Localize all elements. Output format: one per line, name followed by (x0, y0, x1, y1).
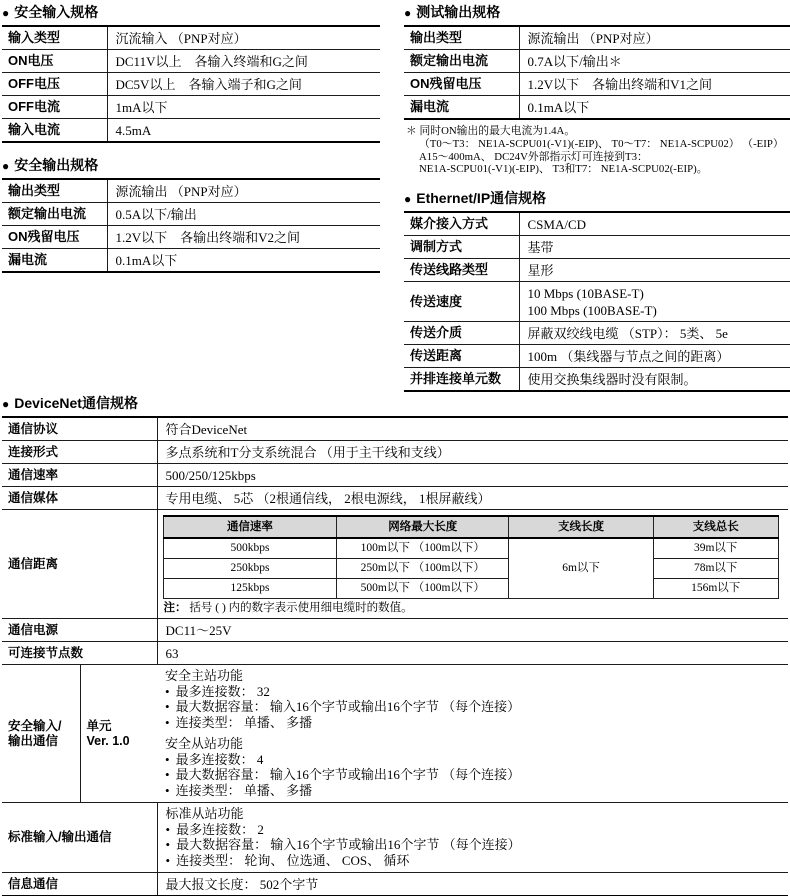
safety-input-table: 输入类型沉流输入 （PNP对应）ON电压DC11V以上 各输入终端和G之间OFF… (2, 25, 380, 143)
feature-bullet-text: 最多连接数： 32 (176, 684, 270, 700)
left-column: ● 安全输入规格 输入类型沉流输入 （PNP对应）ON电压DC11V以上 各输入… (2, 3, 380, 392)
safety-output-table: 输出类型源流输出 （PNP对应）额定输出电流0.5A以下/输出ON残留电压1.2… (2, 178, 380, 273)
spec-value: 4.5mA (107, 119, 380, 143)
footnote-line: A15～400mA、 DC24V外部指示灯可连接到T3： (419, 151, 790, 164)
feature-bullet-text: 连接类型： 单播、 多播 (176, 783, 313, 799)
devicenet-value: 63 (157, 642, 788, 665)
spec-value: 0.7A以下/输出＊ (519, 50, 790, 73)
devicenet-label: 连接形式 (2, 441, 157, 464)
spec-value: CSMA/CD (519, 212, 790, 236)
note-text: 括号 ( ) 内的数字表示使用细电缆时的数值。 (187, 602, 413, 614)
spec-value: DC11V以上 各输入终端和G之间 (107, 50, 380, 73)
distance-row: 500kbps100m以下 （100m以下）6m以下39m以下 (163, 538, 778, 559)
spec-row: 漏电流0.1mA以下 (2, 249, 380, 273)
distance-note: 注： 括号 ( ) 内的数字表示使用细电缆时的数值。 (164, 602, 783, 615)
spec-value-line: 4.5mA (116, 122, 373, 139)
spec-label: 传送介质 (404, 322, 519, 345)
spec-value: 10 Mbps (10BASE-T)100 Mbps (100BASE-T) (519, 282, 790, 322)
spec-label: ON残留电压 (404, 73, 519, 96)
bullet-icon: ● (2, 398, 9, 410)
spec-value-line: 1mA以下 (116, 99, 373, 116)
devicenet-value: 多点系统和T分支系统混合 （用于主干线和支线） (157, 441, 788, 464)
feature-bullet-text: 最多连接数： 2 (176, 822, 264, 838)
feature-bullet-text: 最多连接数： 4 (176, 752, 264, 768)
distance-header-cell: 网络最大长度 (337, 516, 509, 538)
spec-label: 并排连接单元数 (404, 368, 519, 392)
spec-value-line: 沉流输入 （PNP对应） (116, 30, 373, 47)
spec-row: 额定输出电流0.7A以下/输出＊ (404, 50, 790, 73)
spec-row: 传送介质屏蔽双绞线电缆 （STP）： 5类、 5e (404, 322, 790, 345)
spec-label: 输出类型 (404, 26, 519, 50)
spec-label: OFF电流 (2, 96, 107, 119)
spec-label: 传送线路类型 (404, 259, 519, 282)
devicenet-row: 连接形式多点系统和T分支系统混合 （用于主干线和支线） (2, 441, 788, 464)
feature-bullet: •最大数据容量： 输入16个字节或输出16个字节 （每个连接） (165, 699, 780, 715)
spec-value-line: 1.2V以下 各输出终端和V1之间 (528, 76, 783, 93)
spec-value: 0.1mA以下 (107, 249, 380, 273)
devicenet-row: 通信距离通信速率网络最大长度支线长度支线总长500kbps100m以下 （100… (2, 510, 788, 619)
devicenet-label: 通信速率 (2, 464, 157, 487)
spec-row: 输入类型沉流输入 （PNP对应） (2, 26, 380, 50)
spec-label: 额定输出电流 (2, 203, 107, 226)
spec-row: ON残留电压1.2V以下 各输出终端和V2之间 (2, 226, 380, 249)
feature-title: 安全从站功能 (165, 736, 780, 752)
bullet-icon: ● (404, 193, 411, 205)
devicenet-label: 安全输入/输出通信 (2, 665, 80, 803)
spec-value: 0.1mA以下 (519, 96, 790, 120)
spec-value-line: 0.1mA以下 (116, 252, 373, 269)
spec-value-line: 0.7A以下/输出＊ (528, 53, 783, 70)
devicenet-value: DC11～25V (157, 619, 788, 642)
bullet-icon: ● (2, 160, 9, 172)
spec-row: 并排连接单元数使用交换集线器时没有限制。 (404, 368, 790, 392)
spec-label: 传送距离 (404, 345, 519, 368)
feature-bullet: •连接类型： 单播、 多播 (165, 783, 780, 799)
feature-bullet: •最多连接数： 2 (166, 822, 780, 838)
spec-value-line: 屏蔽双绞线电缆 （STP）： 5类、 5e (528, 325, 783, 342)
footnote-line: （T0～T3： NE1A-SCPU01(-V1)(-EIP)、 T0～T7： N… (419, 138, 790, 151)
test-output-heading: ● 测试输出规格 (404, 5, 790, 20)
bullet-icon: ● (2, 7, 9, 19)
section-title: 测试输出规格 (416, 5, 500, 20)
spec-value: 沉流输入 （PNP对应） (107, 26, 380, 50)
devicenet-table: 通信协议符合DeviceNet连接形式多点系统和T分支系统混合 （用于主干线和支… (2, 416, 788, 896)
devicenet-label: 信息通信 (2, 873, 157, 896)
bullet-item-icon: • (165, 699, 170, 715)
spec-value-line: 0.5A以下/输出 (116, 206, 373, 223)
spec-label: 媒介接入方式 (404, 212, 519, 236)
spec-value: 基带 (519, 236, 790, 259)
spec-value-line: 0.1mA以下 (528, 99, 783, 116)
feature-bullet-text: 最大数据容量： 输入16个字节或输出16个字节 （每个连接） (176, 767, 521, 783)
footnote-line: ＊ 同时ON输出的最大电流为1.4A。 (406, 125, 790, 138)
feature-bullet: •连接类型： 单播、 多播 (165, 715, 780, 731)
devicenet-value: 安全主站功能•最多连接数： 32•最大数据容量： 输入16个字节或输出16个字节… (157, 665, 788, 803)
feature-block: 安全从站功能•最多连接数： 4•最大数据容量： 输入16个字节或输出16个字节 … (165, 736, 780, 798)
devicenet-row: 通信速率500/250/125kbps (2, 464, 788, 487)
spec-value: 0.5A以下/输出 (107, 203, 380, 226)
devicenet-value: 通信速率网络最大长度支线长度支线总长500kbps100m以下 （100m以下）… (157, 510, 788, 619)
devicenet-label: 通信电源 (2, 619, 157, 642)
feature-bullet: •最大数据容量： 输入16个字节或输出16个字节 （每个连接） (166, 837, 780, 853)
bullet-item-icon: • (165, 767, 170, 783)
spec-label: ON电压 (2, 50, 107, 73)
bullet-item-icon: • (166, 837, 171, 853)
feature-block: 安全主站功能•最多连接数： 32•最大数据容量： 输入16个字节或输出16个字节… (165, 668, 780, 730)
distance-cell: 125kbps (163, 579, 337, 599)
spec-row: 调制方式基带 (404, 236, 790, 259)
feature-bullet-text: 最大数据容量： 输入16个字节或输出16个字节 （每个连接） (176, 837, 521, 853)
section-title: 安全输出规格 (14, 158, 98, 173)
spec-value: 源流输出 （PNP对应） (107, 179, 380, 203)
spec-value-line: 1.2V以下 各输出终端和V2之间 (116, 229, 373, 246)
distance-cell: 500m以下 （100m以下） (337, 579, 509, 599)
spec-label: 额定输出电流 (404, 50, 519, 73)
devicenet-row: 通信电源DC11～25V (2, 619, 788, 642)
devicenet-heading: ● DeviceNet通信规格 (2, 396, 788, 411)
feature-bullet-text: 连接类型： 单播、 多播 (176, 715, 313, 731)
feature-title: 标准从站功能 (166, 806, 780, 822)
spec-row: ON电压DC11V以上 各输入终端和G之间 (2, 50, 380, 73)
ethernet-table: 媒介接入方式CSMA/CD调制方式基带传送线路类型星形传送速度10 Mbps (… (404, 211, 790, 392)
spec-row: 漏电流0.1mA以下 (404, 96, 790, 120)
spec-value: 源流输出 （PNP对应） (519, 26, 790, 50)
distance-header-cell: 支线总长 (653, 516, 778, 538)
spec-label: 漏电流 (404, 96, 519, 120)
ethernet-heading: ● Ethernet/IP通信规格 (404, 191, 790, 206)
feature-bullet: •最多连接数： 32 (165, 684, 780, 700)
section-title: DeviceNet通信规格 (14, 396, 138, 411)
distance-header-row: 通信速率网络最大长度支线长度支线总长 (163, 516, 778, 538)
devicenet-row: 安全输入/输出通信单元Ver. 1.0安全主站功能•最多连接数： 32•最大数据… (2, 665, 788, 803)
top-columns: ● 安全输入规格 输入类型沉流输入 （PNP对应）ON电压DC11V以上 各输入… (2, 3, 788, 392)
section-title: 安全输入规格 (14, 5, 98, 20)
spec-row: OFF电流1mA以下 (2, 96, 380, 119)
feature-bullet: •最大数据容量： 输入16个字节或输出16个字节 （每个连接） (165, 767, 780, 783)
spec-value: 星形 (519, 259, 790, 282)
spec-sheet-page: { "ui": { "bullet": "●", "bullet_item": … (0, 0, 790, 896)
spec-row: ON残留电压1.2V以下 各输出终端和V1之间 (404, 73, 790, 96)
safety-input-heading: ● 安全输入规格 (2, 5, 380, 20)
devicenet-value: 专用电缆、 5芯 （2根通信线， 2根电源线， 1根屏蔽线） (157, 487, 788, 510)
distance-cell: 100m以下 （100m以下） (337, 538, 509, 559)
distance-cell: 78m以下 (653, 559, 778, 579)
devicenet-value: 最大报文长度： 502个字节 (157, 873, 788, 896)
distance-cell: 250m以下 （100m以下） (337, 559, 509, 579)
spec-value-line: DC5V以上 各输入端子和G之间 (116, 76, 373, 93)
spec-value-line: 源流输出 （PNP对应） (528, 30, 783, 47)
spec-value: 使用交换集线器时没有限制。 (519, 368, 790, 392)
spec-row: 输出类型源流输出 （PNP对应） (404, 26, 790, 50)
devicenet-label: 通信媒体 (2, 487, 157, 510)
spec-value-line: 源流输出 （PNP对应） (116, 183, 373, 200)
devicenet-value: 标准从站功能•最多连接数： 2•最大数据容量： 输入16个字节或输出16个字节 … (157, 803, 788, 873)
devicenet-row: 可连接节点数63 (2, 642, 788, 665)
devicenet-label: 标准输入/输出通信 (2, 803, 157, 873)
spec-value: 1mA以下 (107, 96, 380, 119)
feature-bullet: •最多连接数： 4 (165, 752, 780, 768)
devicenet-section: ● DeviceNet通信规格 通信协议符合DeviceNet连接形式多点系统和… (2, 396, 788, 896)
spec-row: 输出类型源流输出 （PNP对应） (2, 179, 380, 203)
distance-row: 125kbps500m以下 （100m以下）156m以下 (163, 579, 778, 599)
devicenet-row: 通信媒体专用电缆、 5芯 （2根通信线， 2根电源线， 1根屏蔽线） (2, 487, 788, 510)
distance-cell: 39m以下 (653, 538, 778, 559)
spec-row: 额定输出电流0.5A以下/输出 (2, 203, 380, 226)
feature-bullet-text: 连接类型： 轮询、 位选通、 COS、 循环 (176, 853, 409, 869)
feature-block: 标准从站功能•最多连接数： 2•最大数据容量： 输入16个字节或输出16个字节 … (166, 806, 780, 868)
unit-version-line: Ver. 1.0 (87, 734, 152, 749)
distance-header-cell: 支线长度 (509, 516, 654, 538)
distance-row: 250kbps250m以下 （100m以下）78m以下 (163, 559, 778, 579)
devicenet-label: 可连接节点数 (2, 642, 157, 665)
spec-label: 输出类型 (2, 179, 107, 203)
spec-value-line: 100m （集线器与节点之间的距离） (528, 348, 783, 365)
footnote-line: NE1A-SCPU01(-V1)(-EIP)、 T3和T7： NE1A-SCPU… (419, 163, 790, 176)
distance-header-cell: 通信速率 (163, 516, 337, 538)
spec-row: 传送距离100m （集线器与节点之间的距离） (404, 345, 790, 368)
devicenet-value: 500/250/125kbps (157, 464, 788, 487)
spec-row: 传送线路类型星形 (404, 259, 790, 282)
feature-bullet-text: 最大数据容量： 输入16个字节或输出16个字节 （每个连接） (176, 699, 521, 715)
spec-value: DC5V以上 各输入端子和G之间 (107, 73, 380, 96)
devicenet-value: 符合DeviceNet (157, 417, 788, 441)
devicenet-row: 标准输入/输出通信标准从站功能•最多连接数： 2•最大数据容量： 输入16个字节… (2, 803, 788, 873)
devicenet-label: 通信距离 (2, 510, 157, 619)
devicenet-label: 通信协议 (2, 417, 157, 441)
note-label: 注： (164, 602, 187, 614)
bullet-item-icon: • (165, 684, 170, 700)
distance-table: 通信速率网络最大长度支线长度支线总长500kbps100m以下 （100m以下）… (163, 515, 779, 599)
distance-cell: 156m以下 (653, 579, 778, 599)
bullet-icon: ● (404, 7, 411, 19)
spec-label: OFF电压 (2, 73, 107, 96)
bullet-item-icon: • (165, 715, 170, 731)
distance-cell: 500kbps (163, 538, 337, 559)
devicenet-row: 信息通信最大报文长度： 502个字节 (2, 873, 788, 896)
spec-row: 输入电流4.5mA (2, 119, 380, 143)
spec-value: 1.2V以下 各输出终端和V2之间 (107, 226, 380, 249)
spec-value: 1.2V以下 各输出终端和V1之间 (519, 73, 790, 96)
distance-cell-merged: 6m以下 (509, 538, 654, 599)
spec-label: 漏电流 (2, 249, 107, 273)
spec-label: ON残留电压 (2, 226, 107, 249)
spec-value-line: 星形 (528, 262, 783, 279)
feature-bullet: •连接类型： 轮询、 位选通、 COS、 循环 (166, 853, 780, 869)
spec-value-line: 10 Mbps (10BASE-T) (528, 285, 783, 302)
unit-version: 单元Ver. 1.0 (80, 665, 157, 803)
test-output-footnote: ＊ 同时ON输出的最大电流为1.4A。（T0～T3： NE1A-SCPU01(-… (406, 125, 790, 176)
section-title: Ethernet/IP通信规格 (416, 191, 546, 206)
spec-value-line: 100 Mbps (100BASE-T) (528, 302, 783, 319)
spec-value-line: CSMA/CD (528, 216, 783, 233)
spec-value-line: 基带 (528, 239, 783, 256)
spec-label: 调制方式 (404, 236, 519, 259)
spec-value: 屏蔽双绞线电缆 （STP）： 5类、 5e (519, 322, 790, 345)
safety-output-heading: ● 安全输出规格 (2, 158, 380, 173)
spec-row: OFF电压DC5V以上 各输入端子和G之间 (2, 73, 380, 96)
bullet-item-icon: • (166, 822, 171, 838)
spec-label: 输入类型 (2, 26, 107, 50)
test-output-table: 输出类型源流输出 （PNP对应）额定输出电流0.7A以下/输出＊ON残留电压1.… (404, 25, 790, 120)
bullet-item-icon: • (165, 783, 170, 799)
feature-title: 安全主站功能 (165, 668, 780, 684)
bullet-item-icon: • (166, 853, 171, 869)
spec-row: 传送速度10 Mbps (10BASE-T)100 Mbps (100BASE-… (404, 282, 790, 322)
spec-label: 传送速度 (404, 282, 519, 322)
bullet-item-icon: • (165, 752, 170, 768)
spec-value: 100m （集线器与节点之间的距离） (519, 345, 790, 368)
right-column: ● 测试输出规格 输出类型源流输出 （PNP对应）额定输出电流0.7A以下/输出… (404, 3, 790, 392)
spec-value-line: 使用交换集线器时没有限制。 (528, 371, 783, 388)
devicenet-row: 通信协议符合DeviceNet (2, 417, 788, 441)
distance-cell: 250kbps (163, 559, 337, 579)
unit-version-line: 单元 (87, 719, 152, 734)
spec-row: 媒介接入方式CSMA/CD (404, 212, 790, 236)
spec-value-line: DC11V以上 各输入终端和G之间 (116, 53, 373, 70)
spec-label: 输入电流 (2, 119, 107, 143)
